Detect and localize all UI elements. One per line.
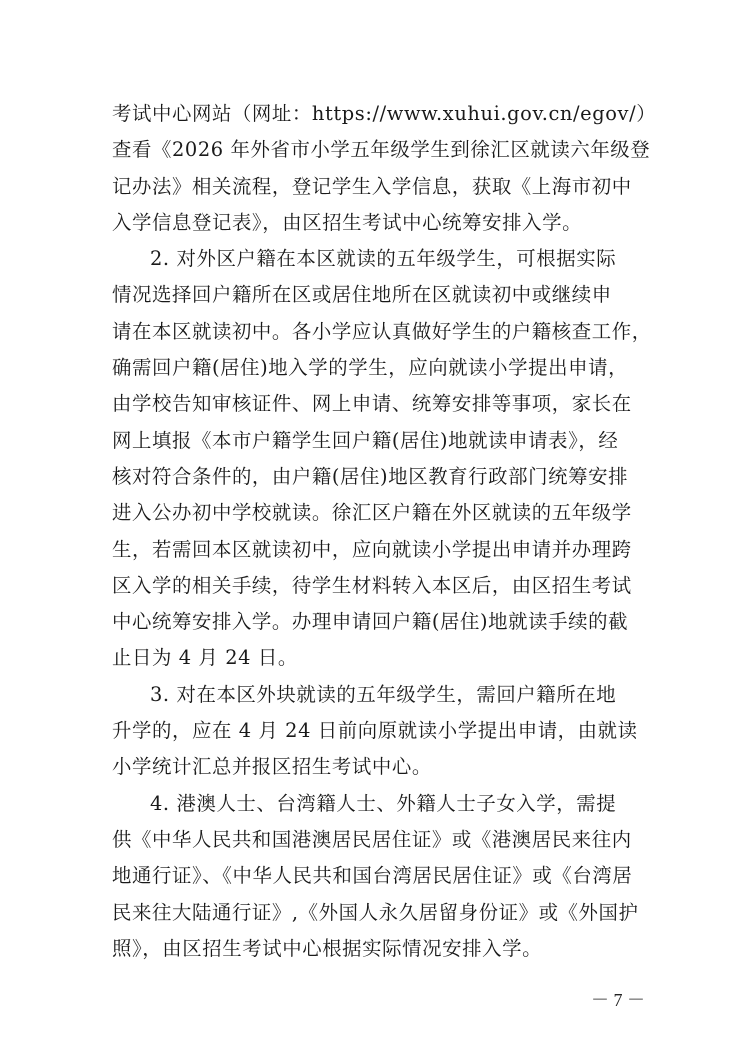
text-line: 进入公办初中学校就读。徐汇区户籍在外区就读的五年级学	[112, 495, 682, 531]
text-line: 升学的，应在 4 月 24 日前向原就读小学提出申请，由就读	[112, 713, 682, 749]
text-line: 查看《2026 年外省市小学五年级学生到徐汇区就读六年级登	[112, 132, 682, 168]
text-line: 入学信息登记表》，由区招生考试中心统筹安排入学。	[112, 205, 682, 241]
text-line: 记办法》相关流程，登记学生入学信息，获取《上海市初中	[112, 169, 682, 205]
paragraph-2-start: 2. 对外区户籍在本区就读的五年级学生，可根据实际	[112, 241, 682, 277]
text-line: 确需回户籍(居住)地入学的学生，应向就读小学提出申请，	[112, 350, 682, 386]
text-line: 核对符合条件的，由户籍(居住)地区教育行政部门统筹安排	[112, 459, 682, 495]
text-line: 网上填报《本市户籍学生回户籍(居住)地就读申请表》，经	[112, 423, 682, 459]
text-line: 民来往大陆通行证》,《外国人永久居留身份证》或《外国护	[112, 895, 682, 931]
text-line: 生，若需回本区就读初中，应向就读小学提出申请并办理跨	[112, 532, 682, 568]
paragraph-4-start: 4. 港澳人士、台湾籍人士、外籍人士子女入学，需提	[112, 786, 682, 822]
document-page: 考试中心网站（网址：https://www.xuhui.gov.cn/egov/…	[0, 0, 751, 1063]
paragraph-3-start: 3. 对在本区外块就读的五年级学生，需回户籍所在地	[112, 677, 682, 713]
text-line: 请在本区就读初中。各小学应认真做好学生的户籍核查工作，	[112, 314, 682, 350]
text-line: 照》，由区招生考试中心根据实际情况安排入学。	[112, 931, 682, 967]
text-line: 由学校告知审核证件、网上申请、统筹安排等事项，家长在	[112, 386, 682, 422]
text-line: 区入学的相关手续，待学生材料转入本区后，由区招生考试	[112, 568, 682, 604]
text-line: 地通行证》、《中华人民共和国台湾居民居住证》或《台湾居	[112, 858, 682, 894]
document-body: 考试中心网站（网址：https://www.xuhui.gov.cn/egov/…	[112, 96, 682, 967]
text-line: 小学统计汇总并报区招生考试中心。	[112, 749, 682, 785]
text-line: 中心统筹安排入学。办理申请回户籍(居住)地就读手续的截	[112, 604, 682, 640]
text-line: 供《中华人民共和国港澳居民居住证》或《港澳居民来往内	[112, 822, 682, 858]
page-number: － 7 －	[588, 986, 648, 1012]
text-line: 止日为 4 月 24 日。	[112, 640, 682, 676]
text-line: 情况选择回户籍所在区或居住地所在区就读初中或继续申	[112, 277, 682, 313]
text-line: 考试中心网站（网址：https://www.xuhui.gov.cn/egov/…	[112, 96, 682, 132]
